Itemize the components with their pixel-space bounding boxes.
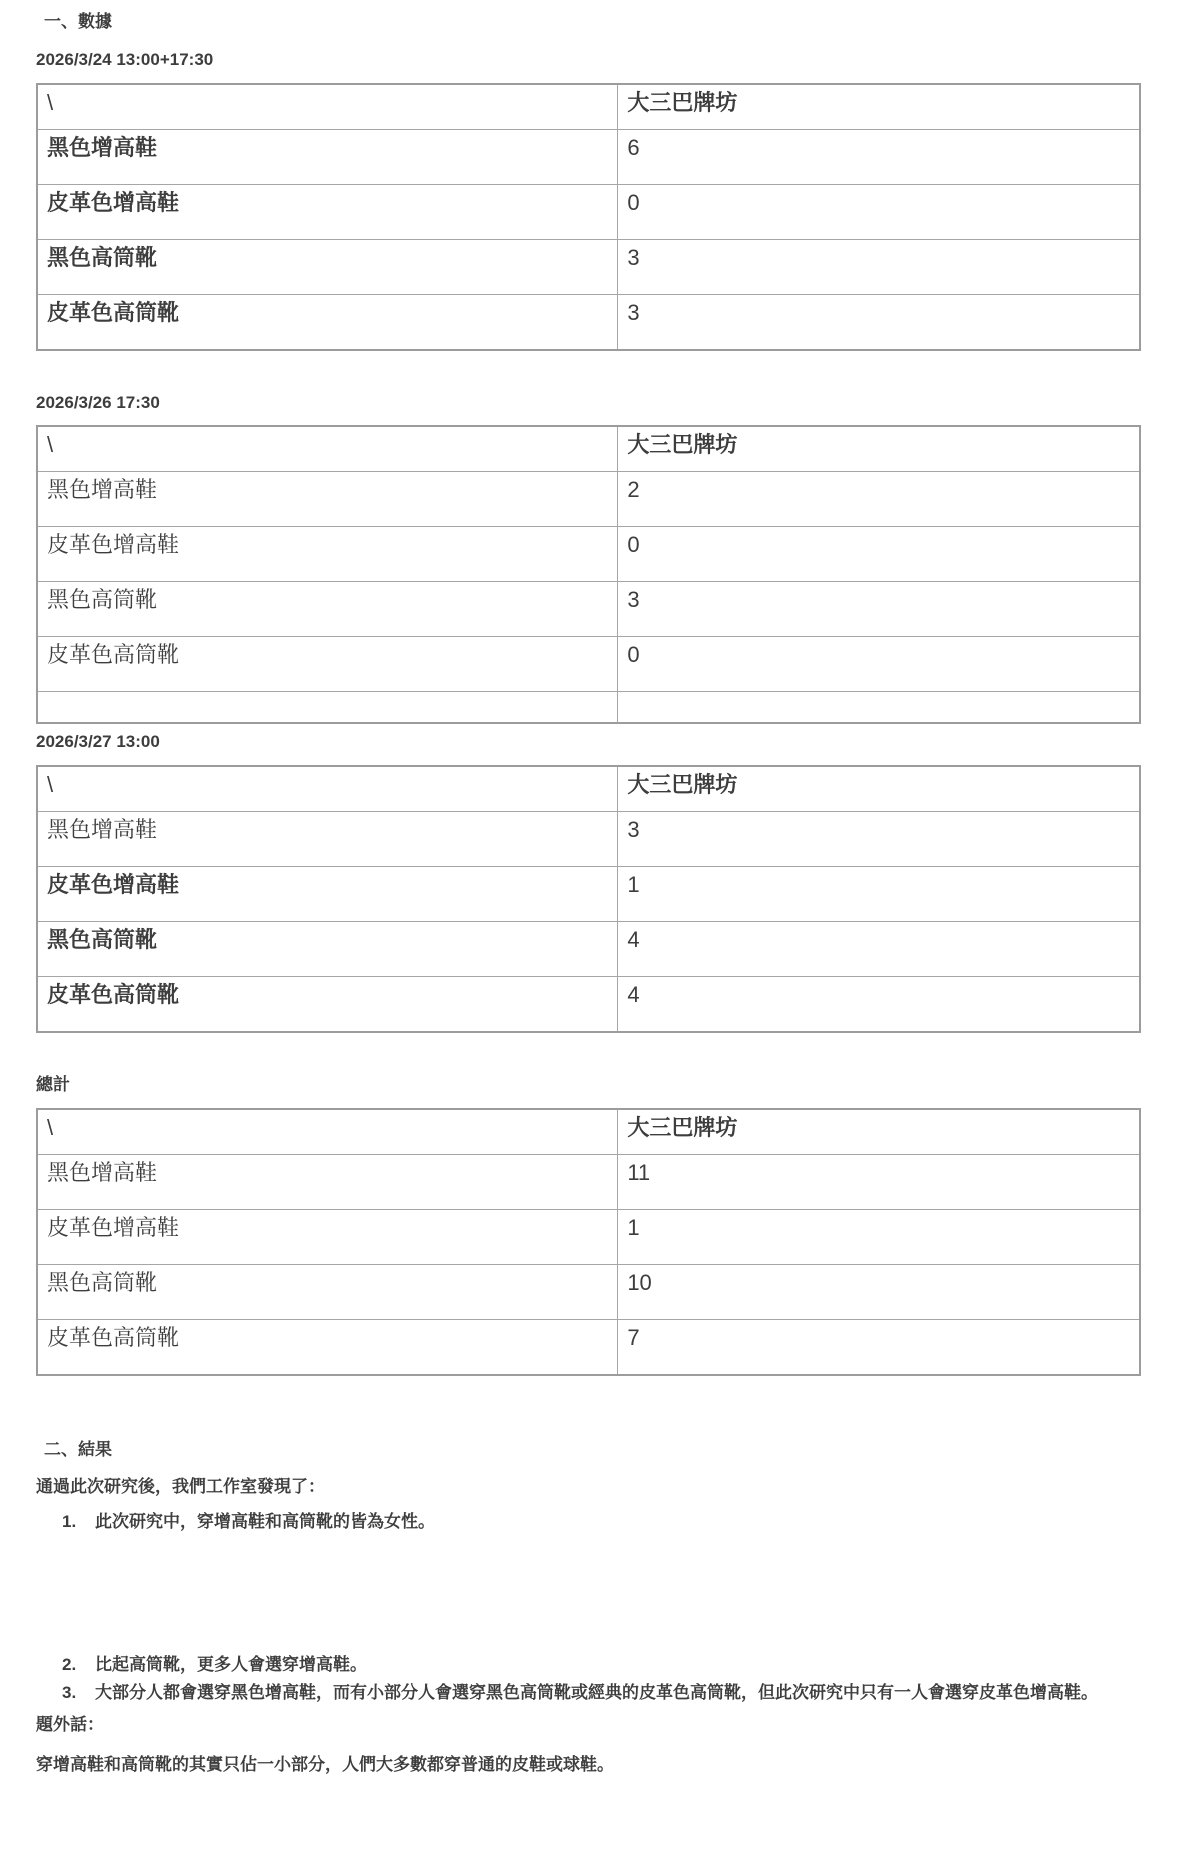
table-caption: 2026/3/24 13:00+17:30 (36, 48, 1141, 72)
table-row: 黑色高筒靴3 (37, 239, 1140, 294)
table-row: 黑色增高鞋11 (37, 1154, 1140, 1209)
row-label-cell: 黑色高筒靴 (37, 1264, 618, 1319)
row-label-cell: 黑色高筒靴 (37, 922, 618, 977)
finding-item-2: 2. 比起高筒靴，更多人會選穿增高鞋。 (62, 1652, 1141, 1678)
aside-text: 穿增高鞋和高筒靴的其實只佔一小部分，人們大多數都穿普通的皮鞋或球鞋。 (36, 1752, 1141, 1778)
table-header-row: \大三巴牌坊 (37, 84, 1140, 130)
row-value-cell: 10 (618, 1264, 1140, 1319)
row-label-cell: 黑色增高鞋 (37, 472, 618, 527)
findings-list-part2: 2. 比起高筒靴，更多人會選穿增高鞋。 3. 大部分人都會選穿黑色增高鞋，而有小… (62, 1652, 1141, 1707)
row-label-cell: 皮革色增高鞋 (37, 1209, 618, 1264)
row-label-cell: 皮革色增高鞋 (37, 527, 618, 582)
row-label-cell: 皮革色增高鞋 (37, 867, 618, 922)
blank-gap (36, 1538, 1141, 1650)
row-value-cell: 2 (618, 472, 1140, 527)
row-label-cell: 黑色高筒靴 (37, 582, 618, 637)
row-label-cell: 皮革色高筒靴 (37, 1319, 618, 1375)
table-row: 皮革色高筒靴0 (37, 637, 1140, 692)
row-value-cell: 0 (618, 527, 1140, 582)
data-table: \大三巴牌坊黑色增高鞋3皮革色增高鞋1黑色高筒靴4皮革色高筒靴4 (36, 765, 1141, 1033)
row-value-cell: 0 (618, 637, 1140, 692)
row-label-cell: 黑色增高鞋 (37, 129, 618, 184)
row-value-cell: 3 (618, 582, 1140, 637)
finding-number: 2. (62, 1652, 95, 1678)
row-value-cell: 4 (618, 922, 1140, 977)
column-header-cell: 大三巴牌坊 (618, 84, 1140, 130)
table-row: 皮革色增高鞋1 (37, 867, 1140, 922)
table-row: 皮革色增高鞋0 (37, 527, 1140, 582)
empty-cell (618, 692, 1140, 724)
row-label-cell: 黑色增高鞋 (37, 1154, 618, 1209)
table-caption: 2026/3/27 13:00 (36, 730, 1141, 754)
row-value-cell: 3 (618, 239, 1140, 294)
column-header-cell: 大三巴牌坊 (618, 766, 1140, 812)
table-header-row: \大三巴牌坊 (37, 766, 1140, 812)
table-row: 皮革色增高鞋0 (37, 184, 1140, 239)
section-heading-results: 二、結果 (36, 1438, 1141, 1462)
table-row: 黑色高筒靴10 (37, 1264, 1140, 1319)
tables-region: 2026/3/24 13:00+17:30 \大三巴牌坊黑色增高鞋6皮革色增高鞋… (36, 48, 1141, 1376)
row-label-cell: 皮革色高筒靴 (37, 977, 618, 1033)
row-label-cell: 黑色增高鞋 (37, 812, 618, 867)
empty-cell (37, 692, 618, 724)
finding-text: 此次研究中，穿增高鞋和高筒靴的皆為女性。 (95, 1509, 1141, 1535)
finding-text: 比起高筒靴，更多人會選穿增高鞋。 (95, 1652, 1141, 1678)
row-value-cell: 4 (618, 977, 1140, 1033)
data-table: \大三巴牌坊黑色增高鞋11皮革色增高鞋1黑色高筒靴10皮革色高筒靴7 (36, 1108, 1141, 1376)
table-row: 黑色增高鞋6 (37, 129, 1140, 184)
table-row: 黑色高筒靴4 (37, 922, 1140, 977)
column-header-cell: 大三巴牌坊 (618, 426, 1140, 472)
table-header-row: \大三巴牌坊 (37, 426, 1140, 472)
row-value-cell: 0 (618, 184, 1140, 239)
corner-cell: \ (37, 84, 618, 130)
corner-cell: \ (37, 766, 618, 812)
table-row: 皮革色高筒靴4 (37, 977, 1140, 1033)
results-intro: 通過此次研究後，我們工作室發現了： (36, 1474, 1141, 1500)
finding-item-3: 3. 大部分人都會選穿黑色增高鞋，而有小部分人會選穿黑色高筒靴或經典的皮革色高筒… (62, 1680, 1141, 1706)
table-row: 黑色高筒靴3 (37, 582, 1140, 637)
row-value-cell: 3 (618, 294, 1140, 350)
row-label-cell: 皮革色高筒靴 (37, 294, 618, 350)
row-value-cell: 3 (618, 812, 1140, 867)
data-table: \大三巴牌坊黑色增高鞋2皮革色增高鞋0黑色高筒靴3皮革色高筒靴0 (36, 425, 1141, 724)
row-label-cell: 皮革色高筒靴 (37, 637, 618, 692)
empty-row (37, 692, 1140, 724)
aside-heading: 題外話： (36, 1712, 1141, 1738)
document-page: 一、數據 2026/3/24 13:00+17:30 \大三巴牌坊黑色增高鞋6皮… (0, 0, 1189, 1863)
finding-number: 3. (62, 1680, 95, 1706)
finding-item-1: 1. 此次研究中，穿增高鞋和高筒靴的皆為女性。 (62, 1509, 1141, 1535)
table-row: 黑色增高鞋2 (37, 472, 1140, 527)
row-value-cell: 1 (618, 867, 1140, 922)
table-row: 皮革色增高鞋1 (37, 1209, 1140, 1264)
table-header-row: \大三巴牌坊 (37, 1109, 1140, 1155)
row-value-cell: 7 (618, 1319, 1140, 1375)
data-table: \大三巴牌坊黑色增高鞋6皮革色增高鞋0黑色高筒靴3皮革色高筒靴3 (36, 83, 1141, 351)
row-value-cell: 1 (618, 1209, 1140, 1264)
corner-cell: \ (37, 1109, 618, 1155)
row-value-cell: 6 (618, 129, 1140, 184)
row-value-cell: 11 (618, 1154, 1140, 1209)
findings-list-part1: 1. 此次研究中，穿增高鞋和高筒靴的皆為女性。 (62, 1509, 1141, 1535)
table-row: 皮革色高筒靴3 (37, 294, 1140, 350)
table-caption: 2026/3/26 17:30 (36, 391, 1141, 415)
table-row: 黑色增高鞋3 (37, 812, 1140, 867)
table-caption: 總計 (36, 1073, 1141, 1097)
section-heading-data: 一、數據 (36, 10, 1141, 34)
finding-number: 1. (62, 1509, 95, 1535)
column-header-cell: 大三巴牌坊 (618, 1109, 1140, 1155)
row-label-cell: 皮革色增高鞋 (37, 184, 618, 239)
finding-text: 大部分人都會選穿黑色增高鞋，而有小部分人會選穿黑色高筒靴或經典的皮革色高筒靴，但… (95, 1680, 1141, 1706)
corner-cell: \ (37, 426, 618, 472)
table-row: 皮革色高筒靴7 (37, 1319, 1140, 1375)
row-label-cell: 黑色高筒靴 (37, 239, 618, 294)
